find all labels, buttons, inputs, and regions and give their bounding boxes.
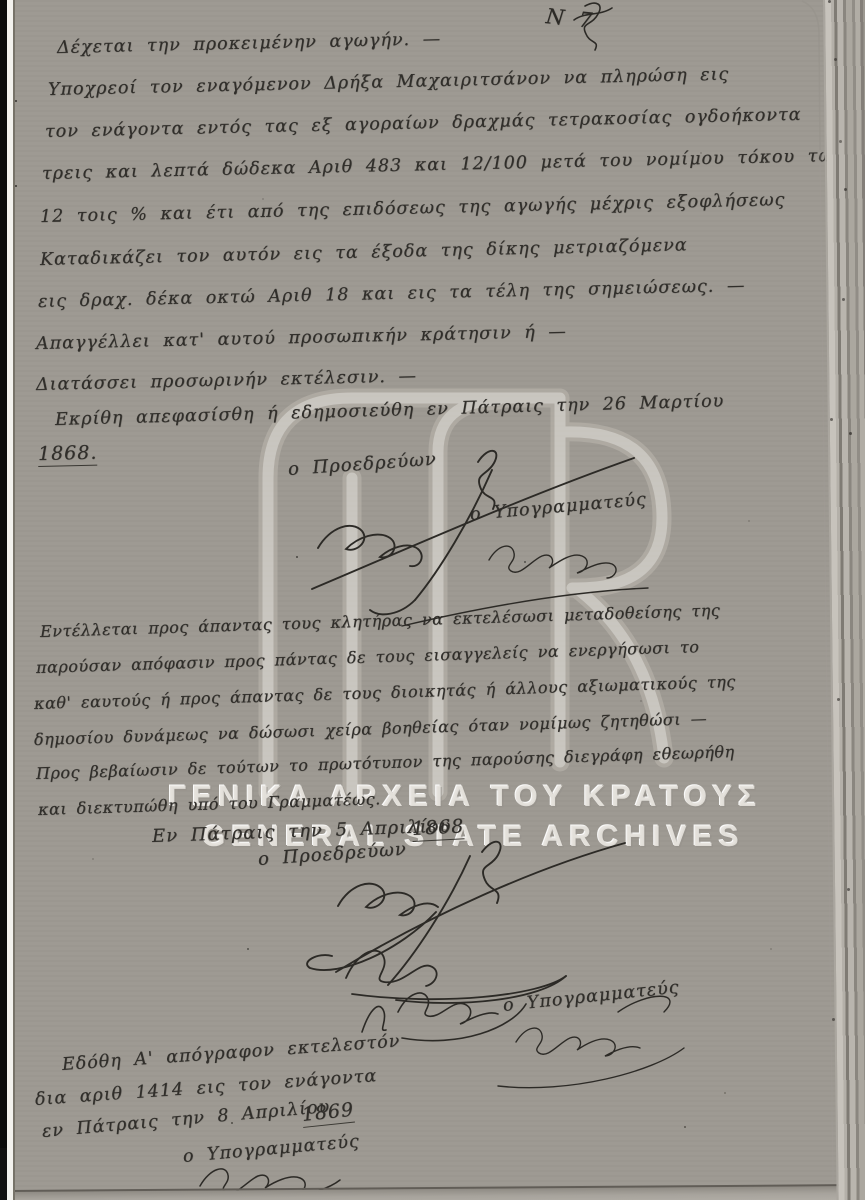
edge-specks [828,0,831,3]
executory-year: 1868 [411,815,465,842]
publication-year: 1868. [38,442,98,467]
gutter-crease-line [13,0,15,1200]
archival-scan: ΓΕΝΙΚΑ ΑΡΧΕΙΑ ΤΟΥ ΚΡΑΤΟΥΣ GENERAL STATE … [0,0,865,1200]
page-number: Ν 7 [545,4,595,33]
binding-gutter [0,0,7,1200]
